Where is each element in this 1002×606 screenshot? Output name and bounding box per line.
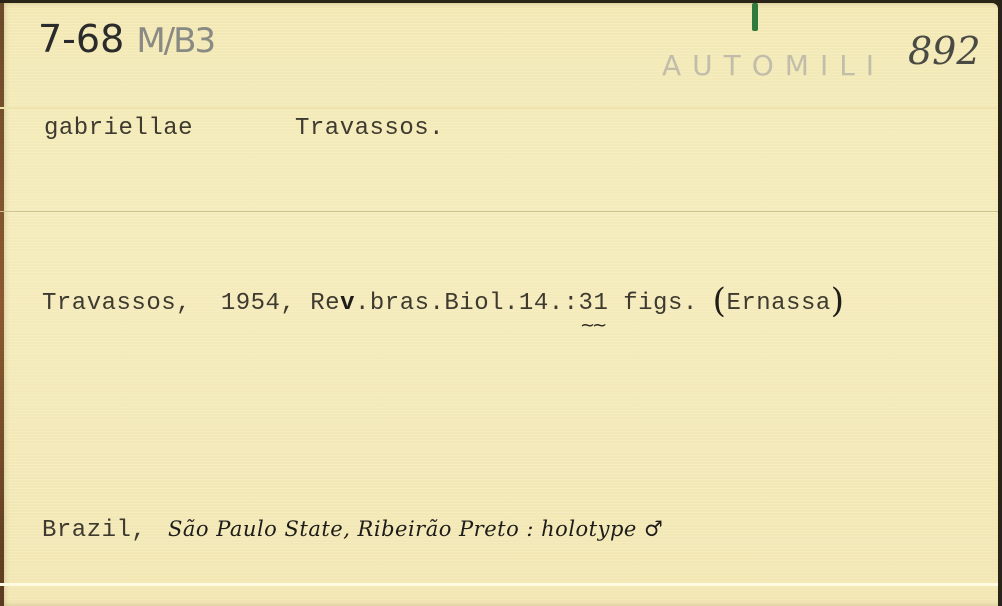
taxon-epithet: gabriellae (44, 115, 193, 142)
call-number-ink: 7-68 (38, 17, 124, 61)
bottom-ruled-line (0, 583, 998, 586)
genus-close-paren: ) (831, 281, 845, 321)
locality-handwritten: São Paulo State, Ribeirão Preto : holoty… (168, 517, 663, 541)
genus-open-paren: ( (713, 281, 727, 321)
green-tab-marker (752, 3, 758, 31)
ref-journal-correction: v (340, 290, 355, 317)
call-number: 7-68 M/B3 (38, 17, 214, 61)
ref-journal-rest: .bras.Biol. (355, 290, 519, 317)
index-card: 7-68 M/B3 AUTOMILI 892 gabriellae Travas… (0, 3, 998, 606)
ref-year: 1954, (221, 290, 296, 317)
volume-underline-mark: ~~ (580, 315, 604, 336)
taxon-author: Travassos. (295, 115, 444, 142)
automili-stamp: AUTOMILI (662, 49, 885, 82)
locality-country: Brazil, (42, 517, 146, 544)
ref-journal-prefix: Re (310, 290, 340, 317)
header-divider-line (0, 211, 998, 212)
ruled-line (0, 107, 998, 109)
bibliographic-reference: Travassos, 1954, Rev.bras.Biol.14.:31 fi… (42, 281, 845, 321)
ref-author: Travassos, (42, 290, 191, 317)
ref-volume: 14 (519, 290, 549, 317)
catalog-number: 892 (908, 29, 981, 73)
call-number-pencil: M/B3 (136, 21, 214, 61)
ref-genus: Ernassa (726, 290, 830, 317)
ref-pages: .:31 figs. (549, 290, 698, 317)
card-edge-shadow (0, 3, 4, 606)
